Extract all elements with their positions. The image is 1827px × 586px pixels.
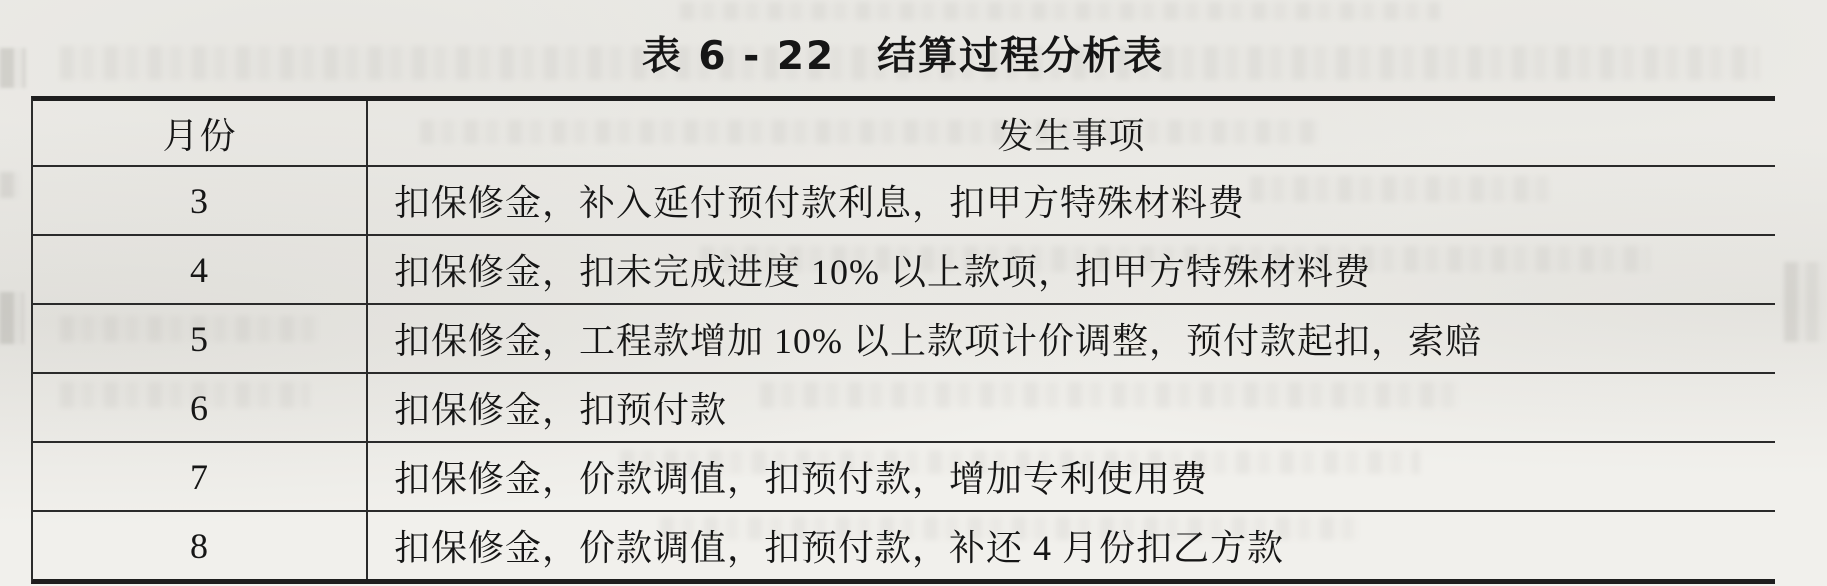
column-header-month: 月份	[33, 101, 368, 165]
document-page: { "page": { "paper_color": "#f1f0ec", "l…	[0, 0, 1827, 586]
table-row: 6 扣保修金，扣预付款	[33, 372, 1775, 441]
bleedthrough-mark	[1784, 262, 1824, 342]
event-cell: 扣保修金，扣未完成进度 10% 以上款项，扣甲方特殊材料费	[368, 236, 1775, 303]
event-cell: 扣保修金，补入延付预付款利息，扣甲方特殊材料费	[368, 167, 1775, 234]
table-row: 4 扣保修金，扣未完成进度 10% 以上款项，扣甲方特殊材料费	[33, 234, 1775, 303]
table-row: 8 扣保修金，价款调值，扣预付款，补还 4 月份扣乙方款	[33, 510, 1775, 579]
month-cell: 5	[33, 305, 368, 372]
month-cell: 7	[33, 443, 368, 510]
table-number: 表 6 - 22	[642, 25, 835, 81]
bleedthrough-mark	[680, 2, 1440, 20]
table-header-row: 月份 发生事项	[33, 101, 1775, 165]
bleedthrough-mark	[0, 48, 26, 88]
bleedthrough-mark	[0, 292, 24, 344]
table-row: 7 扣保修金，价款调值，扣预付款，增加专利使用费	[33, 441, 1775, 510]
table-row: 5 扣保修金，工程款增加 10% 以上款项计价调整，预付款起扣，索赔	[33, 303, 1775, 372]
month-cell: 3	[33, 167, 368, 234]
table-title: 结算过程分析表	[877, 25, 1164, 81]
column-header-event: 发生事项	[368, 101, 1775, 165]
settlement-analysis-table: 月份 发生事项 3 扣保修金，补入延付预付款利息，扣甲方特殊材料费 4 扣保修金…	[31, 96, 1775, 584]
event-cell: 扣保修金，扣预付款	[368, 374, 1775, 441]
event-cell: 扣保修金，工程款增加 10% 以上款项计价调整，预付款起扣，索赔	[368, 305, 1775, 372]
month-cell: 6	[33, 374, 368, 441]
table-row: 3 扣保修金，补入延付预付款利息，扣甲方特殊材料费	[33, 165, 1775, 234]
event-cell: 扣保修金，价款调值，扣预付款，补还 4 月份扣乙方款	[368, 512, 1775, 579]
bleedthrough-mark	[0, 172, 20, 198]
month-cell: 8	[33, 512, 368, 579]
event-cell: 扣保修金，价款调值，扣预付款，增加专利使用费	[368, 443, 1775, 510]
table-caption: 表 6 - 22 结算过程分析表	[31, 22, 1775, 84]
month-cell: 4	[33, 236, 368, 303]
